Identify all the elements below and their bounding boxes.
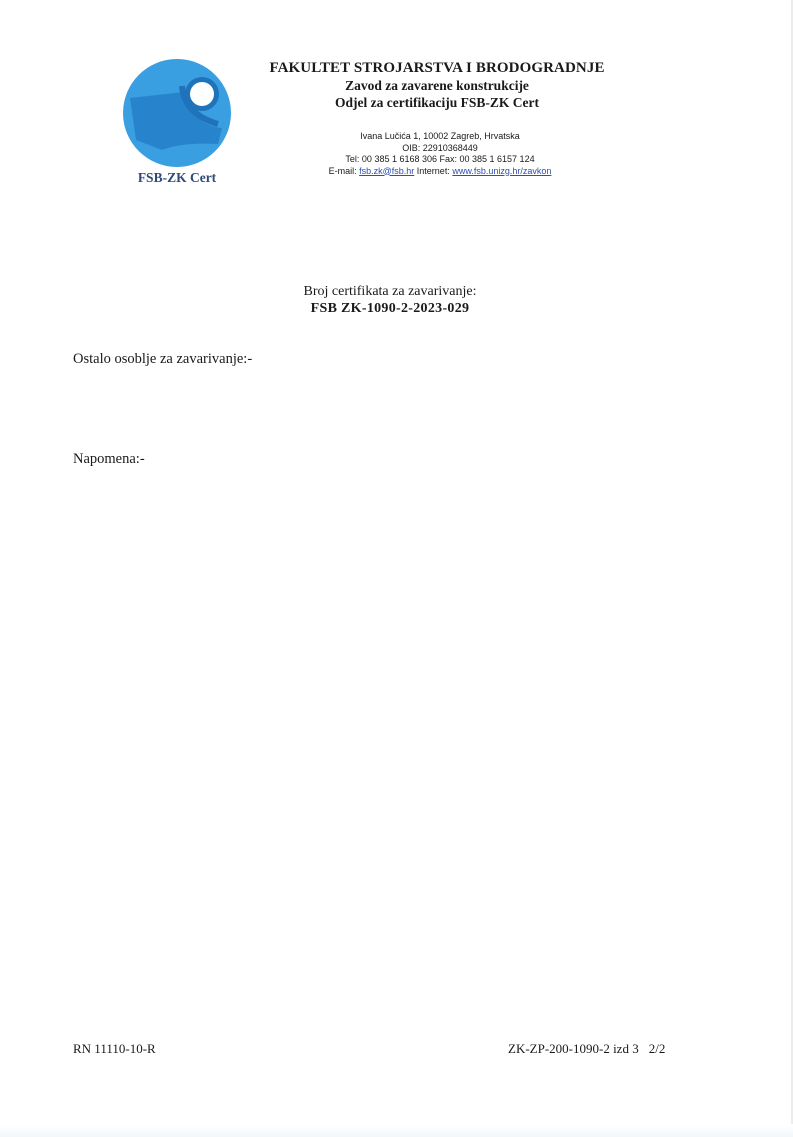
note: Napomena:-: [73, 451, 145, 468]
email-link[interactable]: fsb.zk@fsb.hr: [359, 166, 414, 176]
email-label: E-mail:: [329, 166, 357, 176]
institution-name: FAKULTET STROJARSTVA I BRODOGRADNJE: [262, 60, 612, 77]
internet-label: Internet:: [417, 166, 450, 176]
phone-fax: Tel: 00 385 1 6168 306 Fax: 00 385 1 615…: [290, 154, 590, 166]
logo-caption: FSB-ZK Cert: [122, 170, 232, 186]
contact-block: Ivana Lučića 1, 10002 Zagreb, Hrvatska O…: [290, 131, 590, 177]
oib: OIB: 22910368449: [290, 143, 590, 155]
office-name: Odjel za certifikaciju FSB-ZK Cert: [262, 94, 612, 111]
address: Ivana Lučića 1, 10002 Zagreb, Hrvatska: [290, 131, 590, 143]
certificate-block: Broj certifikata za zavarivanje: FSB ZK-…: [240, 283, 540, 317]
footer-doc-code: ZK-ZP-200-1090-2 izd 3: [508, 1041, 639, 1056]
footer-doc-info: ZK-ZP-200-1090-2 izd 32/2: [508, 1041, 665, 1057]
certificate-number: FSB ZK-1090-2-2023-029: [240, 300, 540, 317]
department-name: Zavod za zavarene konstrukcije: [262, 77, 612, 94]
other-welding-staff: Ostalo osoblje za zavarivanje:-: [73, 351, 252, 368]
certificate-label: Broj certifikata za zavarivanje:: [240, 283, 540, 300]
email-internet-line: E-mail: fsb.zk@fsb.hr Internet: www.fsb.…: [290, 166, 590, 178]
scan-artifact: [0, 1124, 793, 1137]
website-link[interactable]: www.fsb.unizg.hr/zavkon: [452, 166, 551, 176]
letterhead: FAKULTET STROJARSTVA I BRODOGRADNJE Zavo…: [262, 60, 612, 111]
logo-emblem-icon: [122, 58, 232, 168]
footer-work-order: RN 11110-10-R: [73, 1041, 156, 1057]
footer-page-number: 2/2: [649, 1041, 666, 1056]
fsb-zk-cert-logo: FSB-ZK Cert: [122, 58, 232, 190]
